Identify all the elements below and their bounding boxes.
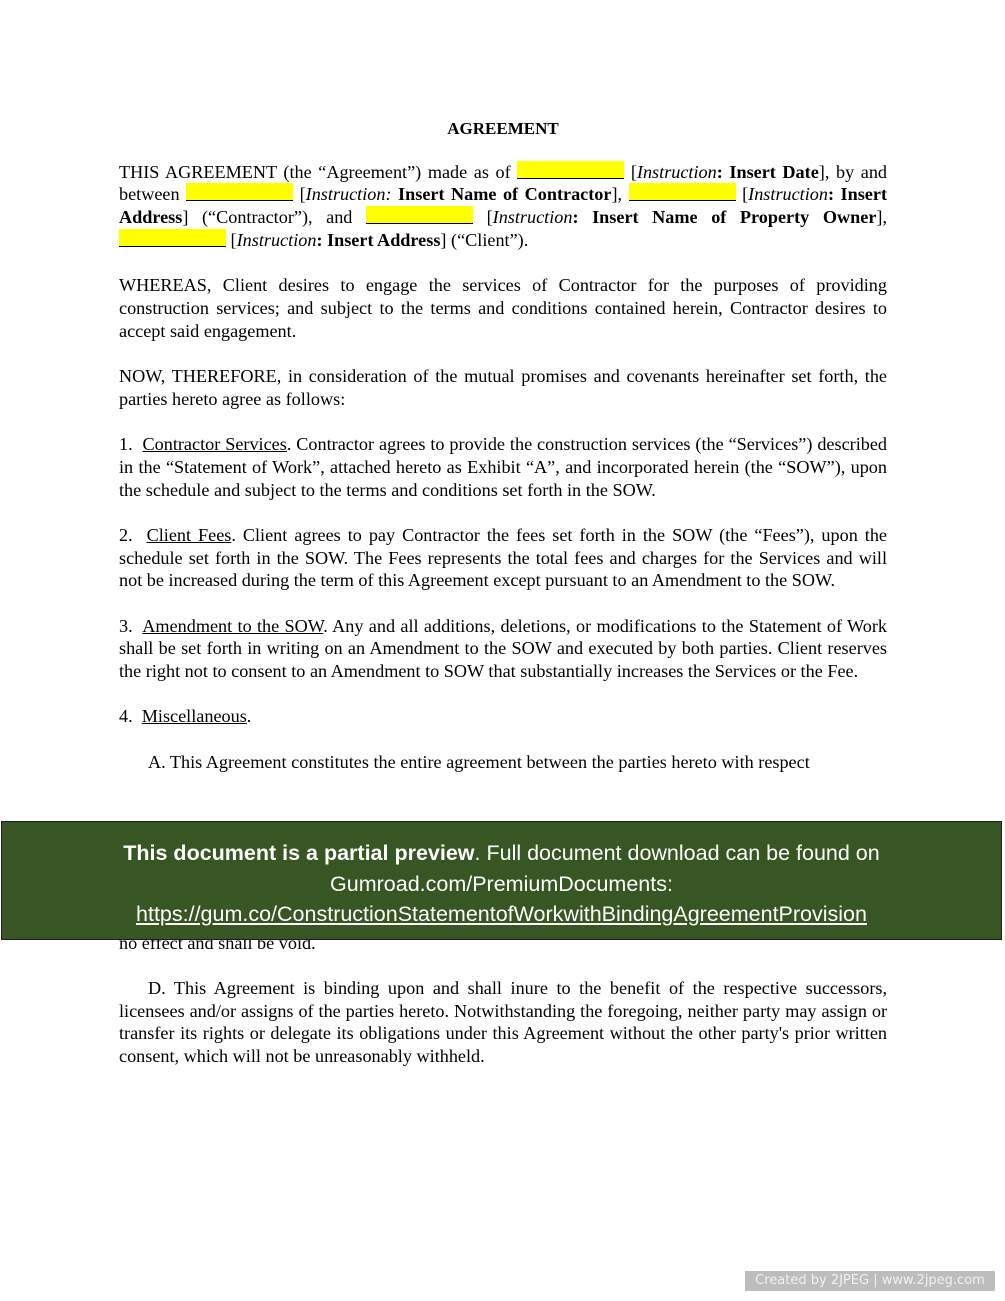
watermark: Created by 2JPEG | www.2jpeg.com: [745, 1271, 995, 1291]
instruction-label: Instruction: [748, 184, 828, 204]
section-number: 2.: [119, 525, 133, 545]
client-address-blank[interactable]: [119, 229, 226, 247]
instruction-label: Instruction: [237, 230, 317, 250]
section-number: 1.: [119, 434, 133, 454]
section-4: 4. Miscellaneous.: [119, 705, 887, 728]
section-number: 4.: [119, 706, 133, 726]
contractor-name-blank[interactable]: [186, 183, 293, 201]
section-body: .: [247, 706, 252, 726]
section-1: 1. Contractor Services. Contractor agree…: [119, 433, 887, 501]
misc-a: A. This Agreement constitutes the entire…: [119, 751, 887, 774]
instruction-text: : Insert Address: [316, 230, 440, 250]
instruction-label: Instruction: [637, 162, 717, 182]
document-page: AGREEMENT THIS AGREEMENT (the “Agreement…: [119, 118, 887, 1091]
section-body: . Client agrees to pay Contractor the fe…: [119, 525, 887, 590]
instruction-label: Instruction:: [306, 184, 392, 204]
owner-name-blank[interactable]: [366, 206, 473, 224]
intro-paragraph: THIS AGREEMENT (the “Agreement”) made as…: [119, 161, 887, 252]
section-heading: Client Fees: [147, 525, 232, 545]
document-title: AGREEMENT: [119, 118, 887, 141]
contractor-address-blank[interactable]: [629, 183, 736, 201]
intro-text: (“Contractor”), and: [202, 207, 352, 227]
section-number: 3.: [119, 616, 133, 636]
instruction-text: : Insert Date: [717, 162, 819, 182]
intro-text: (“Client”).: [451, 230, 528, 250]
instruction-text: : Insert Name of Property Owner: [572, 207, 876, 227]
banner-bold-text: This document is a partial preview: [123, 841, 474, 865]
whereas-paragraph: WHEREAS, Client desires to engage the se…: [119, 274, 887, 342]
section-heading: Contractor Services: [143, 434, 287, 454]
section-3: 3. Amendment to the SOW. Any and all add…: [119, 615, 887, 683]
misc-d: D. This Agreement is binding upon and sh…: [119, 977, 887, 1068]
section-heading: Amendment to the SOW: [142, 616, 323, 636]
instruction-label: Instruction: [493, 207, 573, 227]
section-2: 2. Client Fees. Client agrees to pay Con…: [119, 524, 887, 592]
date-blank[interactable]: [517, 161, 624, 179]
section-heading: Miscellaneous: [142, 706, 247, 726]
download-link[interactable]: https://gum.co/ConstructionStatementofWo…: [136, 902, 867, 926]
now-therefore-paragraph: NOW, THEREFORE, in consideration of the …: [119, 365, 887, 410]
instruction-text: Insert Name of Contractor: [392, 184, 612, 204]
intro-text: THIS AGREEMENT (the “Agreement”) made as…: [119, 162, 511, 182]
preview-banner: This document is a partial preview. Full…: [1, 821, 1002, 940]
